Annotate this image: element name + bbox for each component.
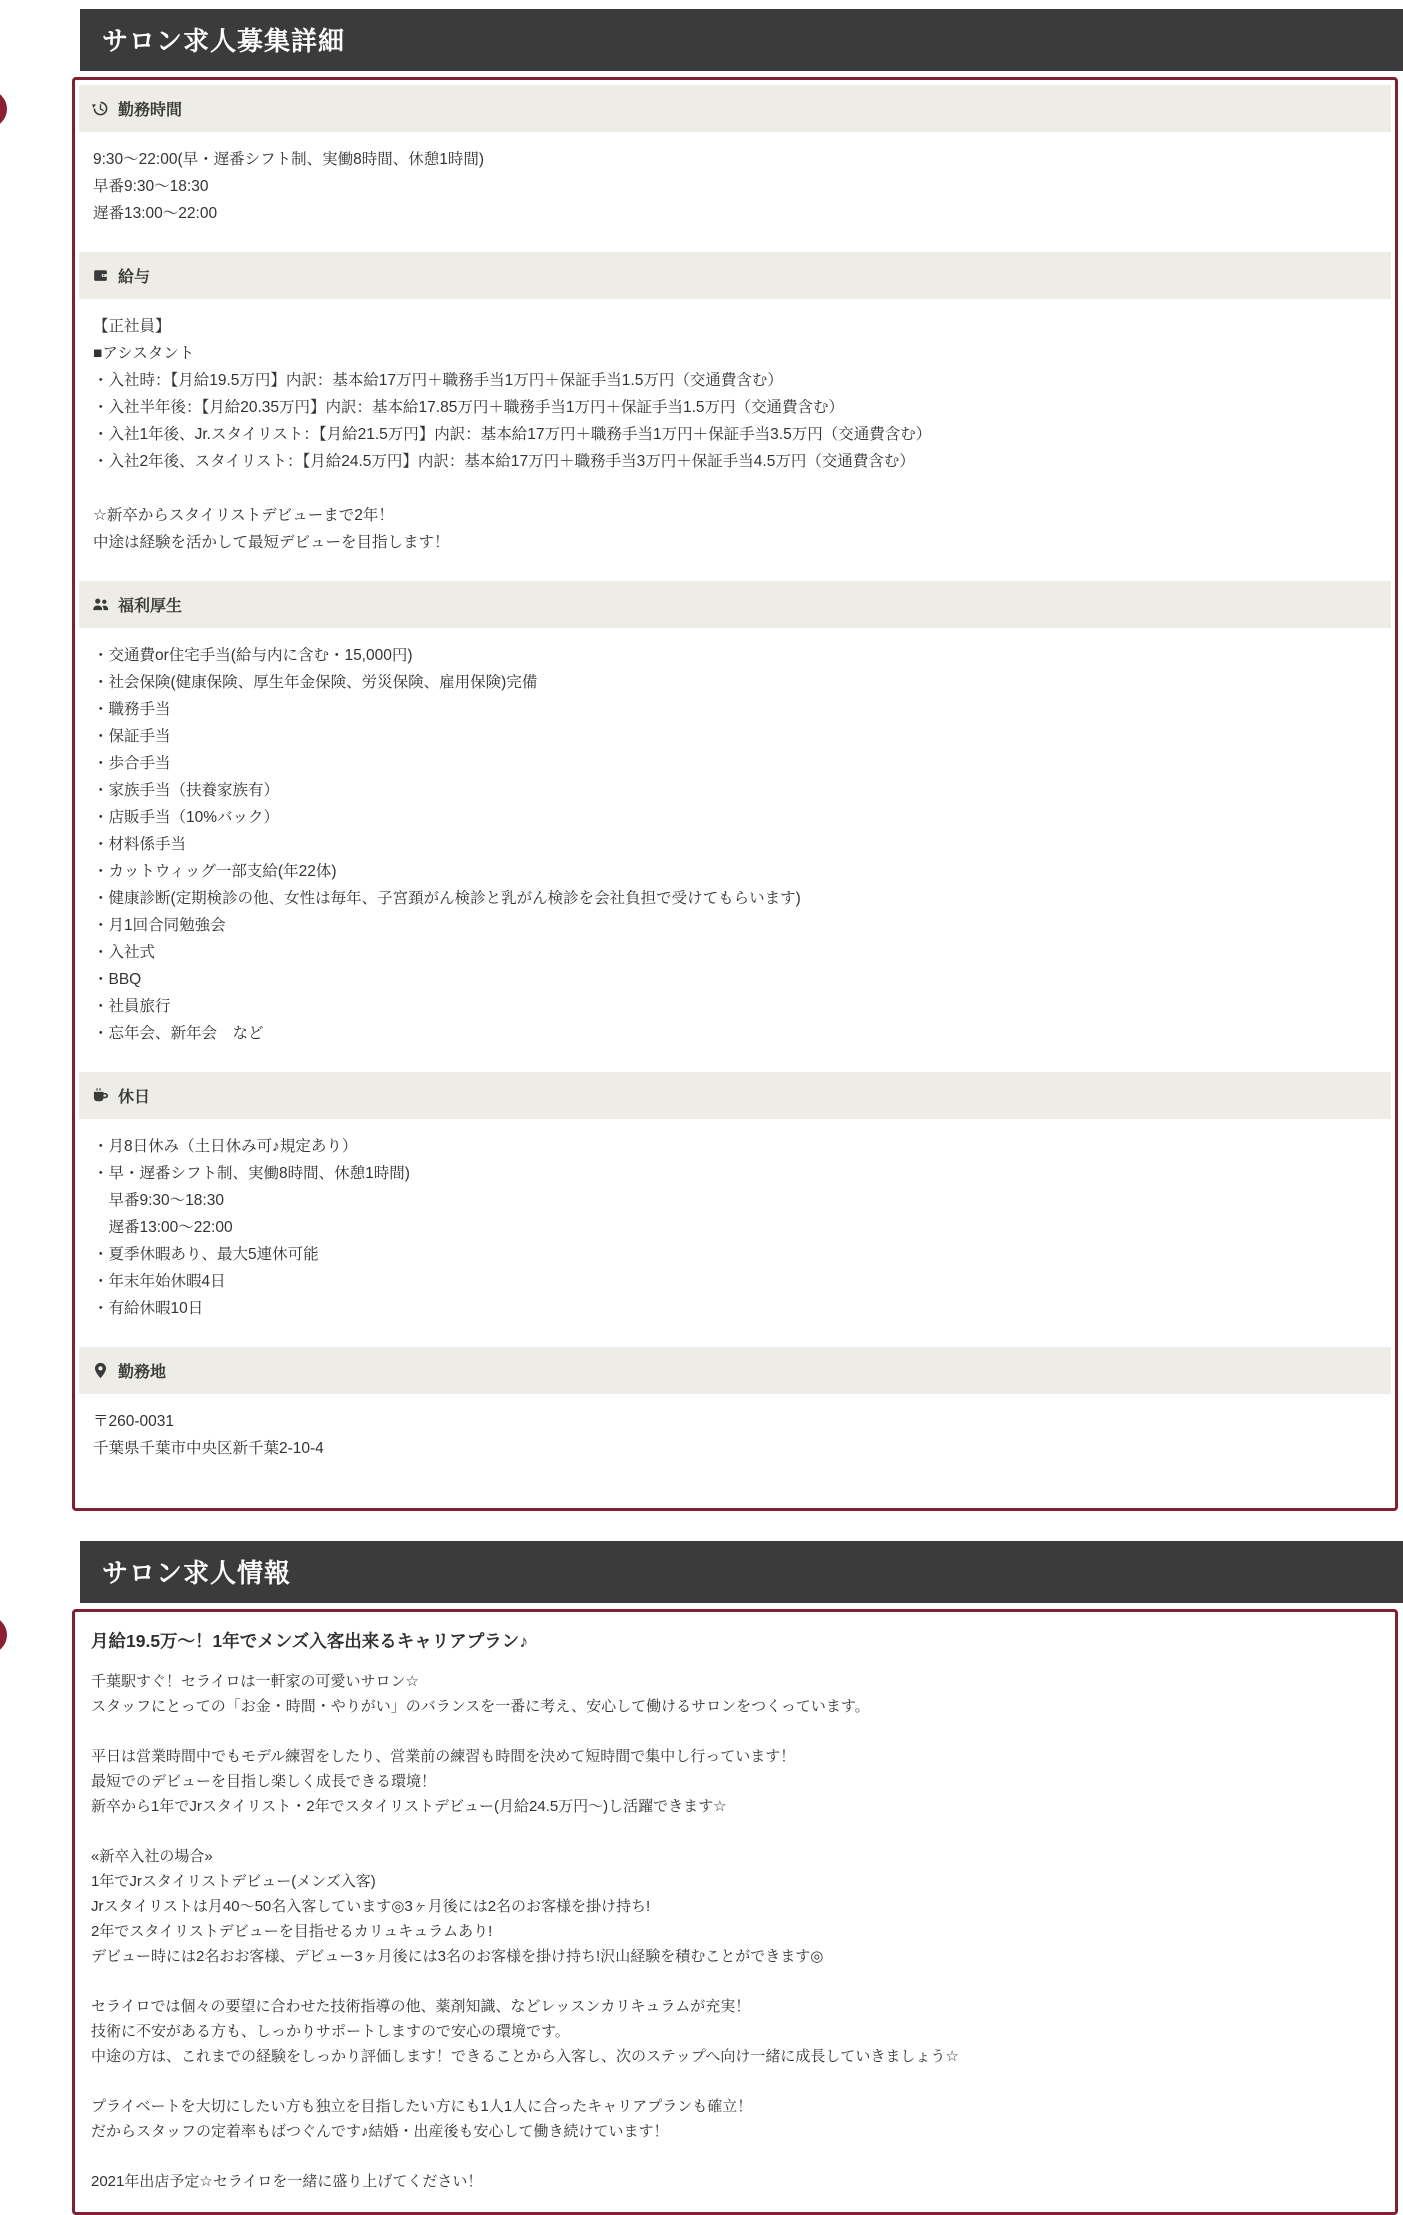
job-catch-title: 月給19.5万〜！1年でメンズ入客出来るキャリアプラン♪ xyxy=(91,1628,1379,1653)
text-line: ・月1回合同勉強会 xyxy=(93,912,1377,939)
text-line: ・歩合手当 xyxy=(93,750,1377,777)
text-line: ■アシスタント xyxy=(93,340,1377,367)
text-line: スタッフにとっての「お金・時間・やりがい」のバランスを一番に考え、安心して働ける… xyxy=(91,1694,1379,1719)
text-line: 2021年出店予定☆セライロを一緒に盛り上げてください！ xyxy=(91,2169,1379,2194)
text-line: 1年でJrスタイリストデビュー(メンズ入客) xyxy=(91,1869,1379,1894)
text-line: 中途の方は、これまでの経験をしっかり評価します！できることから入客し、次のステッ… xyxy=(91,2044,1379,2069)
text-line: プライベートを大切にしたい方も独立を目指したい方にも1人1人に合ったキャリアプラ… xyxy=(91,2094,1379,2119)
text-line: ・BBQ xyxy=(93,966,1377,993)
text-line: ・カットウィッグ一部支給(年22体) xyxy=(93,858,1377,885)
text-line: 平日は営業時間中でもモデル練習をしたり、営業前の練習も時間を決めて短時間で集中し… xyxy=(91,1744,1379,1769)
detail-box-wrap: 7 勤務時間9:30〜22:00(早・遅番シフト制、実働8時間、休憩1時間)早番… xyxy=(0,77,1403,1511)
info-header-bar: サロン求人情報 xyxy=(80,1541,1403,1603)
users-icon xyxy=(92,596,109,613)
section-header-benefits: 福利厚生 xyxy=(79,581,1391,628)
section-title: 給与 xyxy=(118,264,150,287)
detail-sections: 勤務時間9:30〜22:00(早・遅番シフト制、実働8時間、休憩1時間)早番9:… xyxy=(75,85,1395,1482)
text-line: デビュー時には2名おお客様、デビュー3ヶ月後には3名のお客様を掛け持ち!沢山経験… xyxy=(91,1944,1379,1969)
info-box-wrap: 8 月給19.5万〜！1年でメンズ入客出来るキャリアプラン♪ 千葉駅すぐ！セライ… xyxy=(0,1609,1403,2215)
info-header-title: サロン求人情報 xyxy=(102,1558,291,1588)
text-line: だからスタッフの定着率もばつぐんです♪結婚・出産後も安心して働き続けています！ xyxy=(91,2119,1379,2144)
section-body-holidays: ・月8日休み（土日休み可♪規定あり）・早・遅番シフト制、実働8時間、休憩1時間)… xyxy=(75,1119,1395,1342)
text-line: Jrスタイリストは月40〜50名入客しています◎3ヶ月後には2名のお客様を掛け持… xyxy=(91,1894,1379,1919)
section-header-location: 勤務地 xyxy=(79,1347,1391,1394)
section-header-salary: 給与 xyxy=(79,252,1391,299)
text-line: ☆新卒からスタイリストデビューまで2年！ xyxy=(93,502,1377,529)
section-body-location: 〒260-0031千葉県千葉市中央区新千葉2-10-4 xyxy=(75,1394,1395,1482)
annotation-badge-8: 8 xyxy=(0,1616,7,1654)
section-header-work-hours: 勤務時間 xyxy=(79,85,1391,132)
section-title: 勤務地 xyxy=(118,1359,166,1382)
text-line: ・材料係手当 xyxy=(93,831,1377,858)
clock-history-icon xyxy=(92,100,109,117)
text-line: ・交通費or住宅手当(給与内に含む・15,000円) xyxy=(93,642,1377,669)
text-line: ・入社2年後、スタイリスト：【月給24.5万円】内訳：基本給17万円＋職務手当3… xyxy=(93,448,1377,475)
text-line xyxy=(93,475,1377,502)
text-line xyxy=(91,1969,1379,1994)
text-line xyxy=(91,2069,1379,2094)
text-line: ・入社1年後、Jr.スタイリスト：【月給21.5万円】内訳：基本給17万円＋職務… xyxy=(93,421,1377,448)
annotation-badge-7: 7 xyxy=(0,90,7,128)
spacer xyxy=(0,1511,1403,1541)
text-line: ・月8日休み（土日休み可♪規定あり） xyxy=(93,1133,1377,1160)
text-line: ・入社半年後：【月給20.35万円】内訳：基本給17.85万円＋職務手当1万円＋… xyxy=(93,394,1377,421)
text-line: 早番9:30〜18:30 xyxy=(93,173,1377,200)
text-line: セライロでは個々の要望に合わせた技術指導の他、薬剤知識、などレッスンカリキュラム… xyxy=(91,1994,1379,2019)
text-line: ・社員旅行 xyxy=(93,993,1377,1020)
text-line: ・健康診断(定期検診の他、女性は毎年、子宮頚がん検診と乳がん検診を会社負担で受け… xyxy=(93,885,1377,912)
text-line: 遅番13:00〜22:00 xyxy=(93,1214,1377,1241)
text-line: 千葉県千葉市中央区新千葉2-10-4 xyxy=(93,1435,1377,1462)
section-header-holidays: 休日 xyxy=(79,1072,1391,1119)
text-line: 〒260-0031 xyxy=(93,1408,1377,1435)
detail-header-title: サロン求人募集詳細 xyxy=(102,26,345,56)
text-line: 千葉駅すぐ！セライロは一軒家の可愛いサロン☆ xyxy=(91,1669,1379,1694)
text-line: ・早・遅番シフト制、実働8時間、休憩1時間) xyxy=(93,1160,1377,1187)
text-line: 9:30〜22:00(早・遅番シフト制、実働8時間、休憩1時間) xyxy=(93,146,1377,173)
text-line: 技術に不安がある方も、しっかりサポートしますので安心の環境です。 xyxy=(91,2019,1379,2044)
text-line: 中途は経験を活かして最短デビューを目指します！ xyxy=(93,529,1377,556)
coffee-icon xyxy=(92,1087,109,1104)
section-body-work-hours: 9:30〜22:00(早・遅番シフト制、実働8時間、休憩1時間)早番9:30〜1… xyxy=(75,132,1395,247)
text-line xyxy=(91,1719,1379,1744)
job-info-box: 月給19.5万〜！1年でメンズ入客出来るキャリアプラン♪ 千葉駅すぐ！セライロは… xyxy=(72,1609,1398,2215)
text-line: «新卒入社の場合» xyxy=(91,1844,1379,1869)
text-line: ・保証手当 xyxy=(93,723,1377,750)
job-info-body: 千葉駅すぐ！セライロは一軒家の可愛いサロン☆スタッフにとっての「お金・時間・やり… xyxy=(91,1669,1379,2194)
text-line xyxy=(91,1819,1379,1844)
job-detail-box: 勤務時間9:30〜22:00(早・遅番シフト制、実働8時間、休憩1時間)早番9:… xyxy=(72,77,1398,1511)
text-line: ・入社式 xyxy=(93,939,1377,966)
text-line: ・入社時：【月給19.5万円】内訳：基本給17万円＋職務手当1万円＋保証手当1.… xyxy=(93,367,1377,394)
text-line: 最短でのデビューを目指し楽しく成長できる環境！ xyxy=(91,1769,1379,1794)
location-pin-icon xyxy=(92,1362,109,1379)
text-line: ・年末年始休暇4日 xyxy=(93,1268,1377,1295)
text-line: ・夏季休暇あり、最大5連休可能 xyxy=(93,1241,1377,1268)
text-line: ・職務手当 xyxy=(93,696,1377,723)
text-line: 早番9:30〜18:30 xyxy=(93,1187,1377,1214)
text-line: ・忘年会、新年会 など xyxy=(93,1020,1377,1047)
section-title: 休日 xyxy=(118,1084,150,1107)
section-title: 勤務時間 xyxy=(118,97,182,120)
text-line: 新卒から1年でJrスタイリスト・2年でスタイリストデビュー(月給24.5万円〜)… xyxy=(91,1794,1379,1819)
detail-header-bar: サロン求人募集詳細 xyxy=(80,9,1403,71)
text-line: ・有給休暇10日 xyxy=(93,1295,1377,1322)
text-line: ・社会保険(健康保険、厚生年金保険、労災保険、雇用保険)完備 xyxy=(93,669,1377,696)
section-body-salary: 【正社員】■アシスタント・入社時：【月給19.5万円】内訳：基本給17万円＋職務… xyxy=(75,299,1395,576)
text-line: 【正社員】 xyxy=(93,313,1377,340)
text-line: ・店販手当（10%バック） xyxy=(93,804,1377,831)
section-title: 福利厚生 xyxy=(118,593,182,616)
section-body-benefits: ・交通費or住宅手当(給与内に含む・15,000円)・社会保険(健康保険、厚生年… xyxy=(75,628,1395,1067)
text-line: ・家族手当（扶養家族有） xyxy=(93,777,1377,804)
text-line xyxy=(91,2144,1379,2169)
text-line: 2年でスタイリストデビューを目指せるカリュキュラムあり! xyxy=(91,1919,1379,1944)
text-line: 遅番13:00〜22:00 xyxy=(93,200,1377,227)
wallet-icon xyxy=(92,267,109,284)
